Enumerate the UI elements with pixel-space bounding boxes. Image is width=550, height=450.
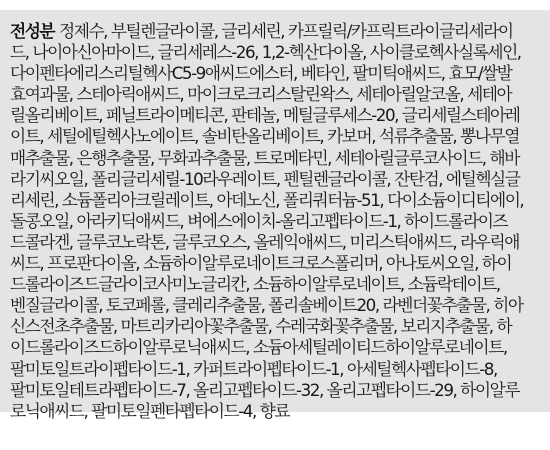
ingredient-line: 로닉애씨드, 팔미토일펜타펩타이드-4, 향료 bbox=[10, 402, 542, 423]
ingredient-line: 드, 나이아신아마이드, 글리세레스-26, 1,2-헥산다이올, 사이클로헥사… bbox=[10, 43, 542, 64]
ingredients-title: 전성분 bbox=[10, 22, 54, 42]
ingredient-line-text: 정제수, 부틸렌글라이콜, 글리세린, 카프릴릭/카프릭트라이글리세라이 bbox=[59, 22, 513, 42]
ingredient-line: 이드롤라이즈드하이알루로닉애씨드, 소듐아세틸레이티드하이알루로네이트, bbox=[10, 338, 542, 359]
ingredient-line: 매추출물, 은행추출물, 무화과추출물, 트로메타민, 세테아릴글루코사이드, … bbox=[10, 149, 542, 170]
ingredient-line: 효여과물, 스테아릭애씨드, 마이크로크리스탈린왁스, 세테아릴알코올, 세테아 bbox=[10, 85, 542, 106]
ingredient-line: 신스전초추출물, 마트리카리아꽃추출물, 수레국화꽃추출물, 보리지추출물, 하 bbox=[10, 317, 542, 338]
ingredient-line: 벤질글라이콜, 토코페롤, 클레리추출물, 폴리솔베이트20, 라벤더꽃추출물,… bbox=[10, 296, 542, 317]
ingredients-text-block: 전성분정제수, 부틸렌글라이콜, 글리세린, 카프릴릭/카프릭트라이글리세라이 … bbox=[10, 22, 550, 423]
ingredient-line: 드콜라겐, 글루코노락톤, 글루코오스, 올레익애씨드, 미리스틱애씨드, 라우… bbox=[10, 233, 542, 254]
ingredient-line: 팔미토일트라이펩타이드-1, 카퍼트라이펩타이드-1, 아세틸헥사펩타이드-8, bbox=[10, 360, 542, 381]
ingredient-line: 씨드, 프로판다이올, 소듐하이알루로네이트크로스폴리머, 아나토씨오일, 하이 bbox=[10, 254, 542, 275]
ingredients-label-panel: 전성분정제수, 부틸렌글라이콜, 글리세린, 카프릴릭/카프릭트라이글리세라이 … bbox=[0, 10, 550, 412]
ingredient-line: 다이펜타에리스리틸헥사C5-9애씨드에스터, 베타인, 팔미틱애씨드, 효모/쌀… bbox=[10, 64, 542, 85]
ingredient-line: 라기씨오일, 폴리글리세릴-10라우레이트, 펜틸렌글라이콜, 잔탄검, 에틸헥… bbox=[10, 170, 542, 191]
ingredient-line: 리세린, 소듐폴리아크릴레이트, 아데노신, 폴리쿼터늄-51, 다이소듐이디티… bbox=[10, 191, 542, 212]
ingredient-line: 팔미토일테트라펩타이드-7, 올리고펩타이드-32, 올리고펩타이드-29, 하… bbox=[10, 381, 542, 402]
ingredient-line: 릴올리베이트, 페닐트라이메티콘, 판테놀, 메틸글루세스-20, 글리세릴스테… bbox=[10, 106, 542, 127]
ingredient-line: 돌콩오일, 아라키딕애씨드, 벼에스에이치-올리고펩타이드-1, 하이드롤라이즈 bbox=[10, 212, 542, 233]
ingredient-line: 전성분정제수, 부틸렌글라이콜, 글리세린, 카프릴릭/카프릭트라이글리세라이 bbox=[10, 22, 542, 43]
ingredient-line: 이트, 세틸에틸헥사노에이트, 솔비탄올리베이트, 카보머, 석류추출물, 뽕나… bbox=[10, 127, 542, 148]
ingredient-line: 드롤라이즈드글라이코사미노글리칸, 소듐하이알루로네이트, 소듐락테이트, bbox=[10, 275, 542, 296]
